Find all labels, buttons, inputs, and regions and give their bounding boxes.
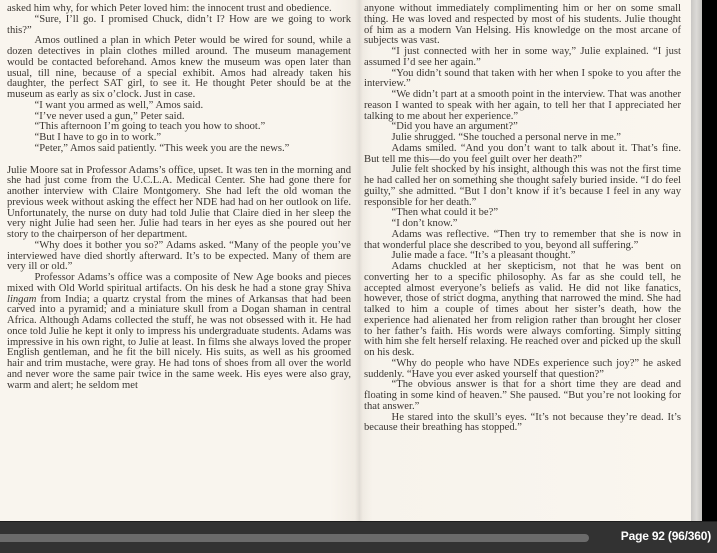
reader-viewport[interactable]: asked him why, for which Peter loved him… [0, 0, 717, 521]
paragraph: Julie Moore sat in Professor Adams’s off… [7, 166, 351, 241]
paragraph: “Sure, I’ll go. I promised Chuck, didn’t… [7, 15, 351, 37]
paragraph: “I want you armed as well,” Amos said. [7, 101, 351, 112]
right-page[interactable]: anyone without immediately complimenting… [359, 0, 691, 521]
italic-text: lingam [7, 294, 36, 305]
paragraph: Adams chuckled at her skepticism, not th… [364, 262, 681, 359]
paragraph: Professor Adams’s office was a composite… [7, 273, 351, 391]
paragraph: Amos outlined a plan in which Peter woul… [7, 36, 351, 101]
paragraph: Adams smiled. “And you don’t want to tal… [364, 144, 681, 166]
paragraph: Adams was reflective. “Then try to remem… [364, 230, 681, 252]
status-bar: Page 92 (96/360) [0, 521, 717, 553]
reading-progress-bar[interactable] [0, 534, 589, 542]
paragraph: He stared into the skull’s eyes. “It’s n… [364, 413, 681, 435]
paragraph: “The obvious answer is that for a short … [364, 380, 681, 412]
text-run: Professor Adams’s office was a composite… [7, 272, 351, 294]
paragraph: “You didn’t sound that taken with her wh… [364, 69, 681, 91]
paragraph: “Why do people who have NDEs experience … [364, 359, 681, 381]
paragraph: “I just connected with her in some way,”… [364, 47, 681, 69]
paragraph: Julie felt shocked by his insight, altho… [364, 165, 681, 208]
paragraph: anyone without immediately complimenting… [364, 4, 681, 47]
vertical-scrollbar[interactable] [691, 0, 702, 521]
book-spread: asked him why, for which Peter loved him… [0, 0, 691, 521]
window-edge [702, 0, 717, 521]
left-page[interactable]: asked him why, for which Peter loved him… [0, 0, 359, 521]
book-gutter [355, 0, 363, 521]
paragraph: “Peter,” Amos said patiently. “This week… [7, 144, 351, 155]
paragraph: “We didn’t part at a smooth point in the… [364, 90, 681, 122]
page-indicator: Page 92 (96/360) [621, 529, 711, 543]
paragraph: “Why does it bother you so?” Adams asked… [7, 241, 351, 273]
text-run: from India; a quartz crystal from the mi… [7, 294, 351, 391]
